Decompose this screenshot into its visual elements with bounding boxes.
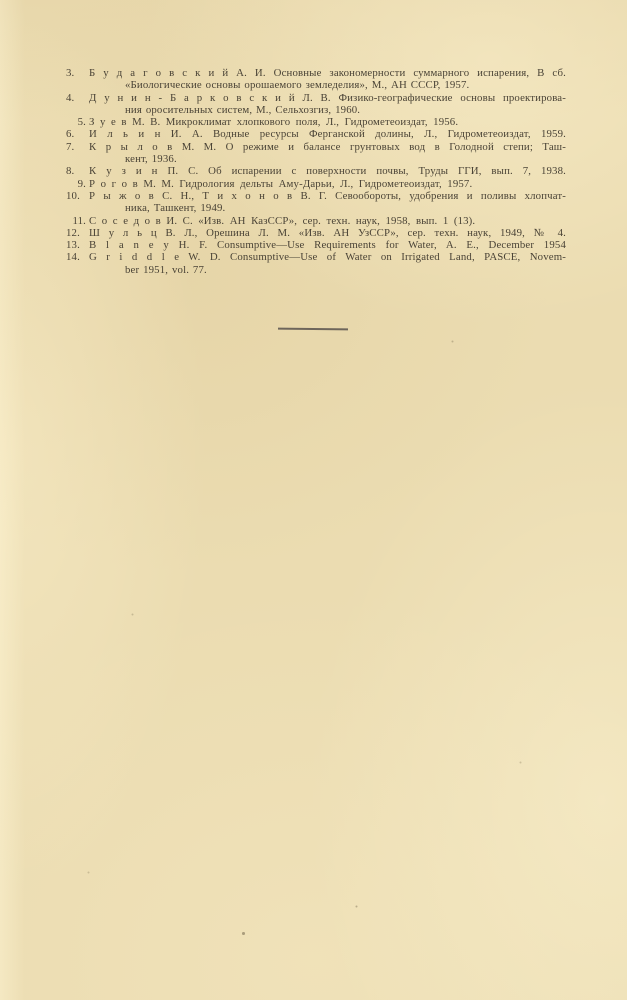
- reference-number: 6.: [66, 128, 86, 140]
- reference-number: 3.: [66, 67, 86, 79]
- reference-text: З у е в М. В. Микроклимат хлопкового пол…: [89, 116, 458, 128]
- reference-line: 12.Ш у л ь ц В. Л., Орешина Л. М. «Изв. …: [66, 227, 566, 239]
- reference-number: 13.: [66, 239, 86, 251]
- reference-number: 10.: [66, 190, 86, 202]
- reference-number: 7.: [66, 141, 86, 153]
- reference-item: 14.G r i d d l e W. D. Consumptive—Use o…: [66, 251, 566, 276]
- reference-item: 11.С о с е д о в И. С. «Изв. АН КазССР»,…: [66, 215, 566, 227]
- reference-text: Р о г о в М. М. Гидрология дельты Аму-Да…: [89, 178, 472, 190]
- reference-text: Д у н и н - Б а р к о в с к и й Л. В. Фи…: [89, 92, 566, 104]
- section-divider-rule: [278, 328, 348, 331]
- reference-text: К р ы л о в М. М. О режиме и балансе гру…: [89, 141, 566, 153]
- reference-line: 6.И л ь и н И. А. Водные ресурсы Ферганс…: [66, 128, 566, 140]
- reference-item: 7.К р ы л о в М. М. О режиме и балансе г…: [66, 141, 566, 166]
- reference-number: 9.: [66, 178, 86, 190]
- scanned-book-page: 3.Б у д а г о в с к и й А. И. Основные з…: [0, 0, 627, 1000]
- reference-item: 3.Б у д а г о в с к и й А. И. Основные з…: [66, 67, 566, 92]
- reference-number: 11.: [66, 215, 86, 227]
- reference-continuation-line: ника, Ташкент, 1949.: [125, 202, 566, 214]
- reference-line: 11.С о с е д о в И. С. «Изв. АН КазССР»,…: [66, 215, 566, 227]
- reference-line: 10.Р ы ж о в С. Н., Т и х о н о в В. Г. …: [66, 190, 566, 202]
- reference-text: Р ы ж о в С. Н., Т и х о н о в В. Г. Сев…: [89, 190, 566, 202]
- reference-item: 4.Д у н и н - Б а р к о в с к и й Л. В. …: [66, 92, 566, 117]
- reference-item: 6.И л ь и н И. А. Водные ресурсы Ферганс…: [66, 128, 566, 140]
- reference-continuation-line: ber 1951, vol. 77.: [125, 264, 566, 276]
- reference-number: 8.: [66, 165, 86, 177]
- reference-item: 8.К у з и н П. С. Об испарении с поверхн…: [66, 165, 566, 177]
- reference-continuation-line: ния оросительных систем, М., Сельхозгиз,…: [125, 104, 566, 116]
- reference-number: 14.: [66, 251, 86, 263]
- reference-line: 14.G r i d d l e W. D. Consumptive—Use o…: [66, 251, 566, 263]
- reference-line: 3.Б у д а г о в с к и й А. И. Основные з…: [66, 67, 566, 79]
- reference-item: 13.B l a n e y H. F. Consumptive—Use Req…: [66, 239, 566, 251]
- reference-number: 12.: [66, 227, 86, 239]
- references-list: 3.Б у д а г о в с к и й А. И. Основные з…: [66, 67, 566, 276]
- reference-text: Б у д а г о в с к и й А. И. Основные зак…: [89, 67, 566, 79]
- reference-item: 10.Р ы ж о в С. Н., Т и х о н о в В. Г. …: [66, 190, 566, 215]
- reference-line: 8.К у з и н П. С. Об испарении с поверхн…: [66, 165, 566, 177]
- reference-item: 9.Р о г о в М. М. Гидрология дельты Аму-…: [66, 178, 566, 190]
- reference-text: К у з и н П. С. Об испарении с поверхнос…: [89, 165, 566, 177]
- reference-line: 9.Р о г о в М. М. Гидрология дельты Аму-…: [66, 178, 566, 190]
- reference-text: G r i d d l e W. D. Consumptive—Use of W…: [89, 251, 566, 263]
- reference-text: И л ь и н И. А. Водные ресурсы Ферганско…: [89, 128, 566, 140]
- reference-item: 5.З у е в М. В. Микроклимат хлопкового п…: [66, 116, 566, 128]
- reference-item: 12.Ш у л ь ц В. Л., Орешина Л. М. «Изв. …: [66, 227, 566, 239]
- reference-text: С о с е д о в И. С. «Изв. АН КазССР», се…: [89, 215, 475, 227]
- reference-line: 5.З у е в М. В. Микроклимат хлопкового п…: [66, 116, 566, 128]
- reference-number: 5.: [66, 116, 86, 128]
- reference-number: 4.: [66, 92, 86, 104]
- reference-continuation-line: «Биологические основы орошаемого земледе…: [125, 79, 566, 91]
- reference-line: 7.К р ы л о в М. М. О режиме и балансе г…: [66, 141, 566, 153]
- reference-line: 4.Д у н и н - Б а р к о в с к и й Л. В. …: [66, 92, 566, 104]
- reference-line: 13.B l a n e y H. F. Consumptive—Use Req…: [66, 239, 566, 251]
- paper-speck: [0, 0, 1, 1]
- reference-text: B l a n e y H. F. Consumptive—Use Requir…: [89, 239, 566, 251]
- reference-text: Ш у л ь ц В. Л., Орешина Л. М. «Изв. АН …: [89, 227, 566, 239]
- reference-continuation-line: кент, 1936.: [125, 153, 566, 165]
